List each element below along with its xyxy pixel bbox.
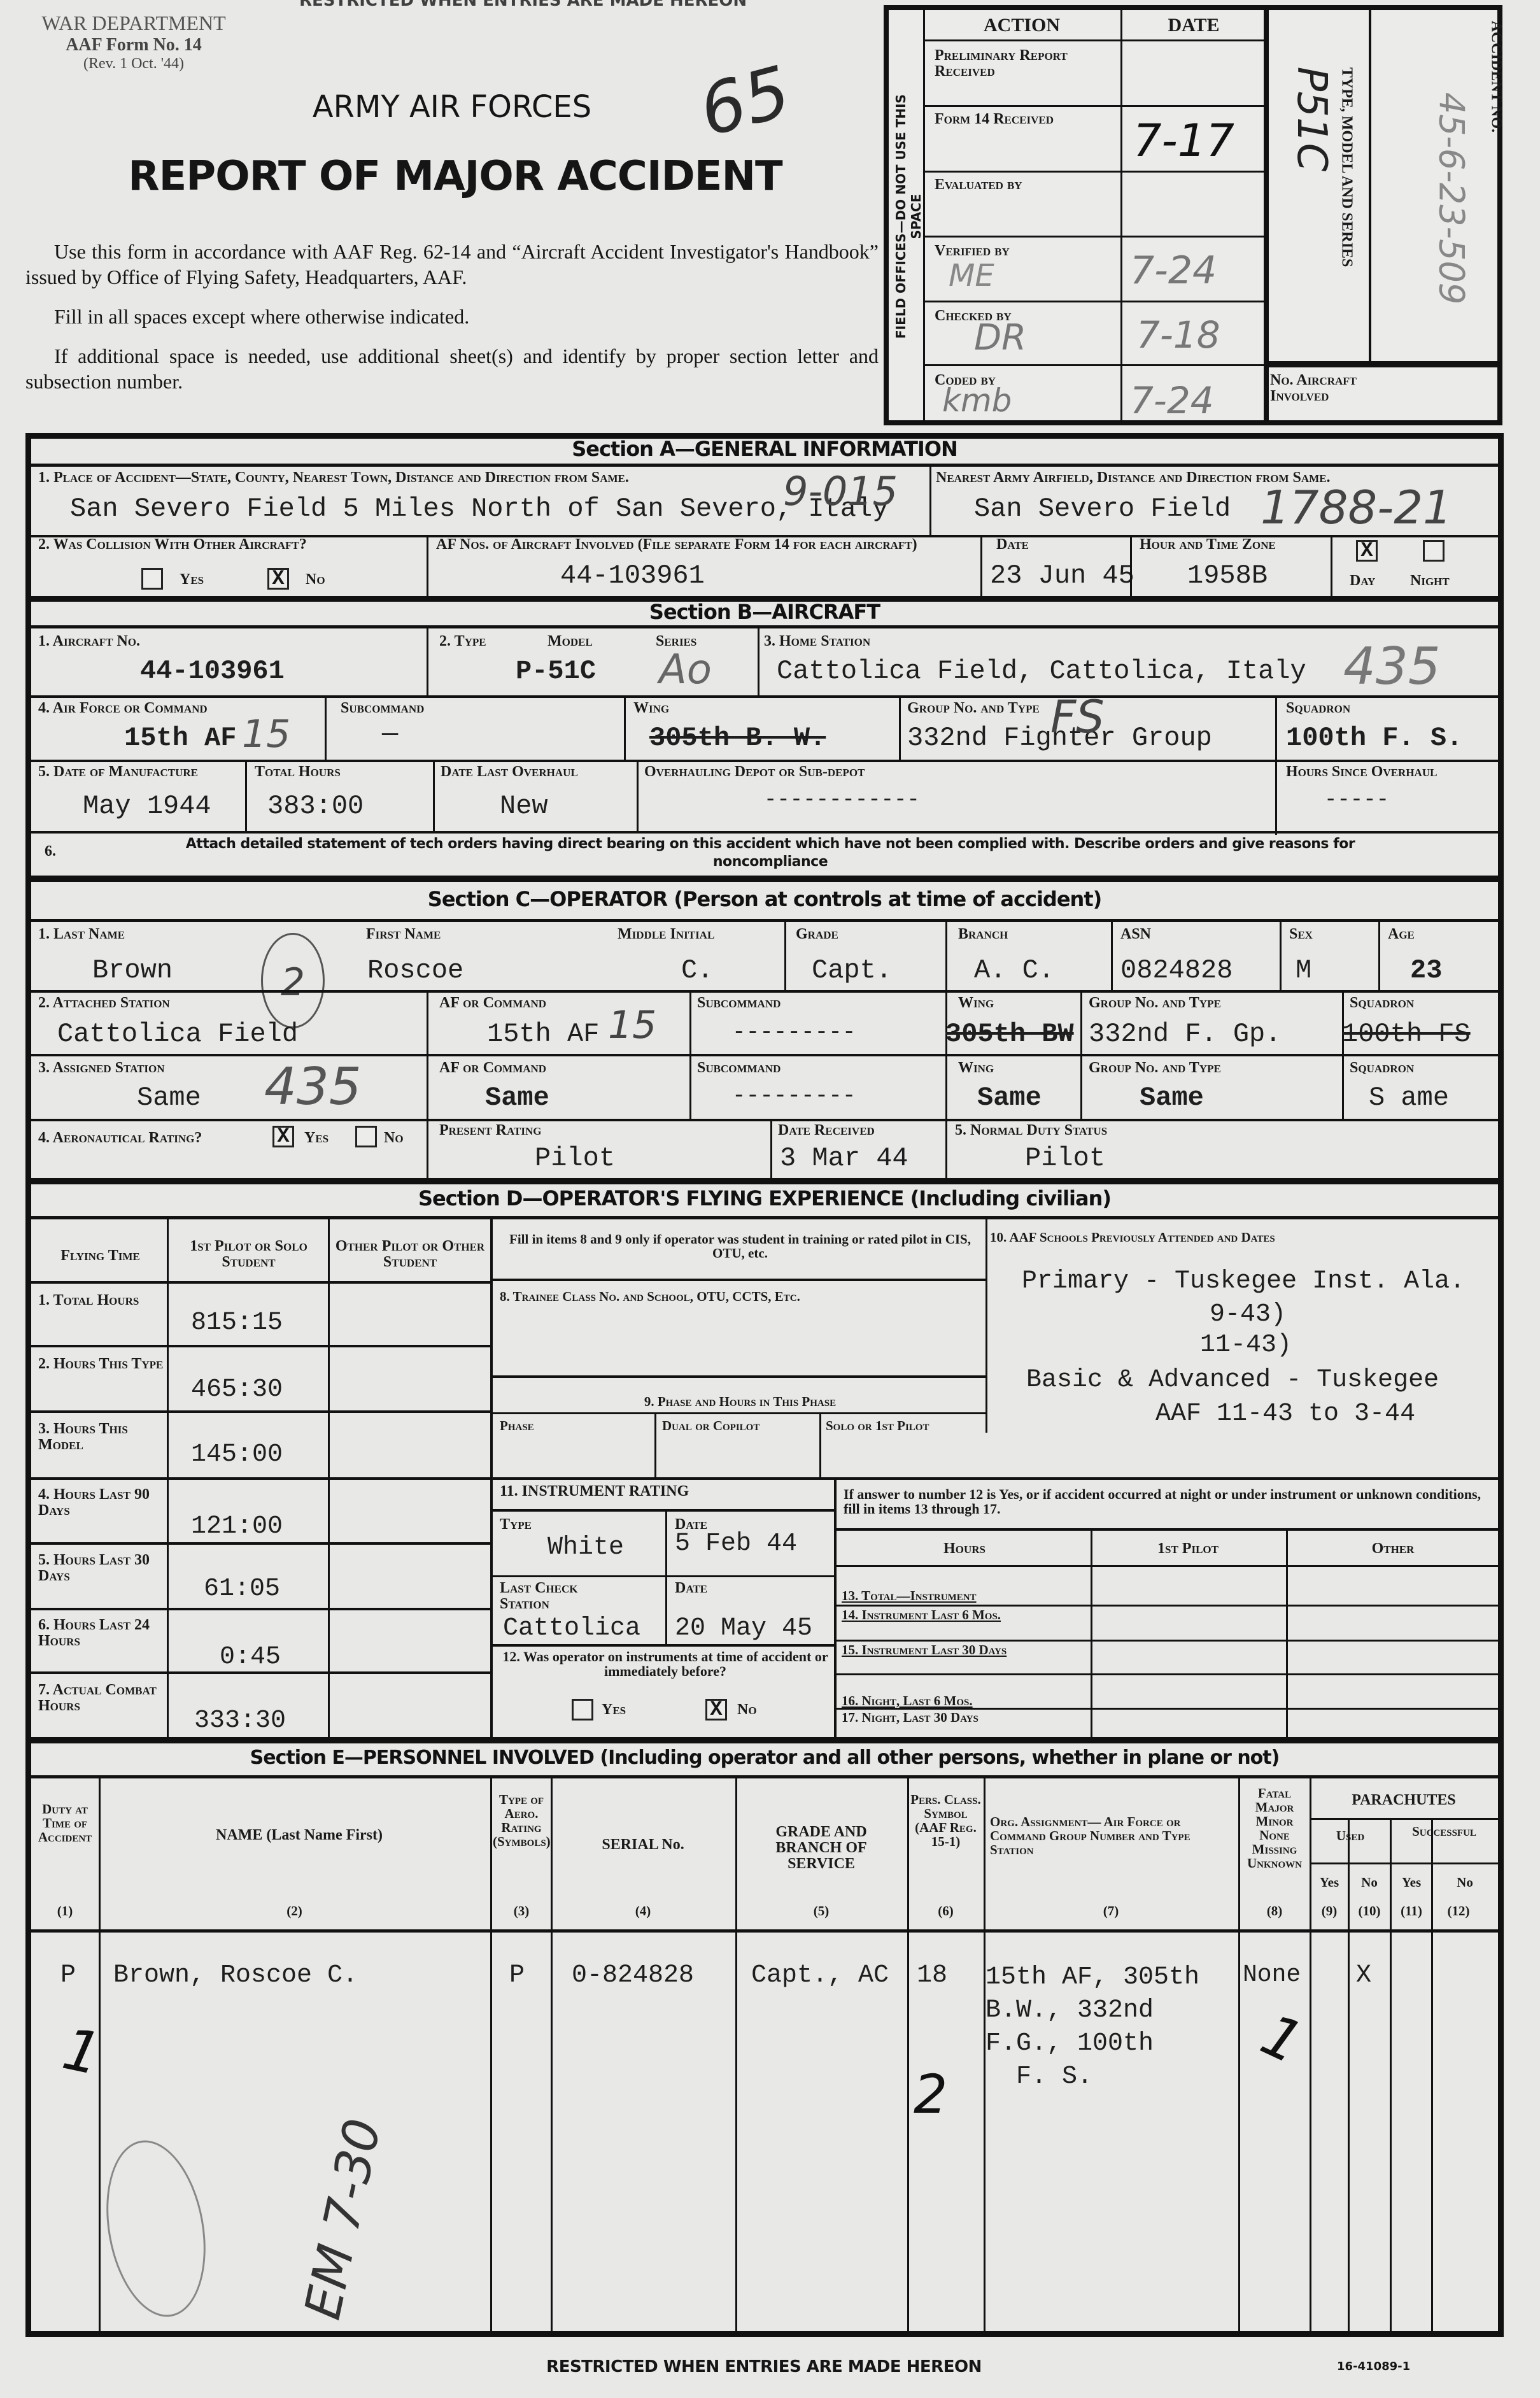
col-pers-class: Pers. Class. Symbol (AAF Reg. 15-1) bbox=[909, 1792, 982, 1848]
place-of-accident-value[interactable]: San Severo Field 5 Miles North of San Se… bbox=[70, 493, 888, 524]
personnel-grade[interactable]: Capt., AC bbox=[751, 1961, 889, 1990]
normal-duty-status-value[interactable]: Pilot bbox=[1025, 1143, 1105, 1174]
asn-label: ASN bbox=[1120, 926, 1151, 942]
instr-row-label: 15. Instrument Last 30 Days bbox=[842, 1643, 1033, 1657]
assigned-station-value[interactable]: Same bbox=[137, 1082, 201, 1113]
af-nos-label: AF Nos. of Aircraft Involved (File separ… bbox=[436, 537, 984, 553]
total-hours-value[interactable]: 383:00 bbox=[267, 791, 364, 821]
manufacture-date-value[interactable]: May 1944 bbox=[83, 791, 211, 821]
rating-no-checkbox[interactable] bbox=[355, 1126, 377, 1147]
instr-row-label: 14. Instrument Last 6 Mos. bbox=[842, 1608, 1033, 1622]
org-title: ARMY AIR FORCES bbox=[242, 89, 662, 125]
present-rating-label: Present Rating bbox=[439, 1123, 542, 1139]
restricted-top-banner: RESTRICTED WHEN ENTRIES ARE MADE HEREON bbox=[299, 0, 910, 10]
grade-label: Grade bbox=[796, 926, 838, 942]
instr-col-first-pilot: 1st Pilot bbox=[1092, 1541, 1283, 1557]
accident-number-label: ACCIDENT NO. bbox=[1488, 21, 1504, 288]
col-duty-num: (1) bbox=[33, 1904, 97, 1918]
last-check-date-label: Date bbox=[675, 1580, 707, 1596]
no-aircraft-involved-label: No. Aircraft Involved bbox=[1270, 372, 1410, 404]
flying-row-label: 6. Hours Last 24 Hours bbox=[38, 1617, 166, 1649]
restricted-footer: RESTRICTED WHEN ENTRIES ARE MADE HEREON bbox=[503, 2357, 1025, 2376]
instructions: Use this form in accordance with AAF Reg… bbox=[25, 239, 879, 394]
attached-wing-value[interactable]: 305th BW bbox=[945, 1019, 1074, 1049]
verified-by-initials[interactable]: ME bbox=[949, 258, 994, 294]
personnel-duty[interactable]: P bbox=[60, 1961, 76, 1990]
attached-af-annotation: 15 bbox=[608, 1003, 656, 1047]
total-hours-label: Total Hours bbox=[255, 764, 341, 780]
col-injury: Fatal Major Minor None Missing Unknown bbox=[1240, 1786, 1309, 1870]
col-aero-rating: Type of Aero. Rating (Symbols) bbox=[493, 1792, 550, 1848]
series-annotation: Ao bbox=[659, 646, 712, 693]
assigned-station-annotation: 435 bbox=[264, 1057, 362, 1116]
last-overhaul-value[interactable]: New bbox=[500, 791, 548, 821]
type-model-series-value[interactable]: P51C bbox=[1288, 55, 1335, 183]
collision-yes-label: Yes bbox=[180, 572, 204, 588]
handwritten-record-number: 65 bbox=[691, 50, 798, 152]
wing-value[interactable]: 305th B. W. bbox=[649, 723, 826, 753]
verified-by-date[interactable]: 7-24 bbox=[1130, 248, 1217, 293]
col-name: NAME (Last Name First) bbox=[210, 1827, 388, 1843]
assigned-squadron-label: Squadron bbox=[1350, 1060, 1414, 1076]
parachute-num: (11) bbox=[1392, 1904, 1431, 1918]
aircraft-no-value[interactable]: 44-103961 bbox=[140, 656, 285, 686]
home-station-value[interactable]: Cattolica Field, Cattolica, Italy bbox=[777, 656, 1306, 686]
attached-squadron-label: Squadron bbox=[1350, 995, 1414, 1011]
middle-initial-value[interactable]: C. bbox=[681, 955, 713, 986]
wing-label: Wing bbox=[633, 700, 669, 716]
accident-date-label: Date bbox=[996, 537, 1029, 553]
war-department-label: WAR DEPARTMENT bbox=[25, 11, 242, 35]
first-name-label: First Name bbox=[366, 926, 441, 942]
action-preliminary-report: Preliminary Report Received bbox=[935, 48, 1075, 80]
col-injury-num: (8) bbox=[1240, 1904, 1309, 1918]
flying-row-first[interactable]: 61:05 bbox=[204, 1575, 280, 1603]
attached-group-value[interactable]: 332nd F. Gp. bbox=[1089, 1019, 1281, 1049]
col-first-pilot: 1st Pilot or Solo Student bbox=[171, 1238, 327, 1270]
age-label: Age bbox=[1388, 926, 1415, 942]
date-received-label: Date Received bbox=[778, 1123, 875, 1139]
accident-number-value[interactable]: 45-6-23-509 bbox=[1432, 39, 1472, 358]
instr-row-label: 16. Night, Last 6 Mos. bbox=[842, 1694, 1090, 1708]
air-force-value[interactable]: 15th AF bbox=[124, 723, 236, 753]
nearest-airfield-value[interactable]: San Severo Field bbox=[974, 493, 1231, 524]
item6-number: 6. bbox=[45, 844, 56, 860]
parachute-num: (10) bbox=[1350, 1904, 1389, 1918]
col-grade-branch-num: (5) bbox=[738, 1904, 904, 1918]
dual-copilot-label: Dual or Copilot bbox=[662, 1419, 759, 1433]
last-check-station-value[interactable]: Cattolica bbox=[503, 1614, 640, 1643]
flying-row-first[interactable]: 121:00 bbox=[191, 1512, 283, 1541]
col-action-header: ACTION bbox=[926, 15, 1117, 36]
flying-row-first[interactable]: 465:30 bbox=[191, 1375, 283, 1404]
collision-label: 2. Was Collision With Other Aircraft? bbox=[38, 537, 307, 553]
collision-yes-checkbox[interactable] bbox=[141, 568, 163, 590]
assigned-wing-value[interactable]: Same bbox=[977, 1082, 1042, 1113]
checked-by-date[interactable]: 7-18 bbox=[1136, 313, 1220, 357]
flying-row-first[interactable]: 0:45 bbox=[220, 1643, 281, 1671]
middle-initial-label: Middle Initial bbox=[618, 926, 714, 942]
form-revision: (Rev. 1 Oct. '44) bbox=[25, 55, 242, 73]
rating-yes-label: Yes bbox=[304, 1130, 328, 1146]
type-label: 2. Type bbox=[439, 634, 486, 649]
col-org-assignment: Org. Assignment— Air Force or Command Gr… bbox=[990, 1815, 1235, 1857]
personnel-para-used-no[interactable]: X bbox=[1356, 1961, 1371, 1990]
item10-line[interactable]: 11-43) bbox=[1200, 1331, 1292, 1359]
manufacture-date-label: 5. Date of Manufacture bbox=[38, 764, 236, 780]
instruments-yes-checkbox[interactable] bbox=[572, 1699, 593, 1720]
personnel-rating[interactable]: P bbox=[509, 1961, 525, 1990]
model-label: Model bbox=[547, 634, 593, 649]
last-check-date-value[interactable]: 20 May 45 bbox=[675, 1614, 812, 1643]
age-value[interactable]: 23 bbox=[1410, 955, 1442, 986]
collision-no-checkbox[interactable]: X bbox=[267, 568, 289, 590]
branch-value[interactable]: A. C. bbox=[974, 955, 1054, 986]
form-identifier: WAR DEPARTMENT AAF Form No. 14 (Rev. 1 O… bbox=[25, 11, 242, 73]
item10-line[interactable]: 9-43) bbox=[1210, 1300, 1286, 1329]
section-e-title: Section E—PERSONNEL INVOLVED (Including … bbox=[31, 1747, 1498, 1769]
air-force-label: 4. Air Force or Command bbox=[38, 700, 208, 716]
parachute-successful-header: Successful bbox=[1392, 1824, 1497, 1838]
item8-label: 8. Trainee Class No. and School, OTU, CC… bbox=[500, 1289, 800, 1303]
nearest-annotation: 1788-21 bbox=[1261, 481, 1452, 534]
flying-row-label: 4. Hours Last 90 Days bbox=[38, 1487, 166, 1519]
instruction-2: Fill in all spaces except where otherwis… bbox=[25, 304, 879, 329]
place-of-accident-label: 1. Place of Accident—State, County, Near… bbox=[38, 470, 629, 486]
last-name-label: 1. Last Name bbox=[38, 926, 125, 942]
handwritten-class-mark: 2 bbox=[914, 2063, 947, 2125]
instruments-no-checkbox[interactable]: X bbox=[705, 1699, 727, 1720]
personnel-serial[interactable]: 0-824828 bbox=[572, 1961, 694, 1990]
item9-label: 9. Phase and Hours in This Phase bbox=[497, 1394, 984, 1408]
form14-received-date[interactable]: 7-17 bbox=[1133, 115, 1234, 167]
office-use-side-label: FIELD OFFICES—DO NOT USE THIS SPACE bbox=[893, 89, 912, 344]
sex-label: Sex bbox=[1289, 926, 1313, 942]
instrument-type-value[interactable]: White bbox=[547, 1533, 624, 1562]
print-code: 16-41089-1 bbox=[1337, 2360, 1410, 2373]
type-model-series-label: TYPE, MODEL AND SERIES bbox=[1338, 2, 1354, 333]
home-station-annotation: 435 bbox=[1343, 637, 1441, 696]
parachute-used-header: Used bbox=[1311, 1829, 1389, 1843]
instruction-1: Use this form in accordance with AAF Reg… bbox=[25, 239, 879, 290]
flying-row-label: 5. Hours Last 30 Days bbox=[38, 1552, 166, 1584]
grade-value[interactable]: Capt. bbox=[812, 955, 892, 986]
col-org-assignment-num: (7) bbox=[987, 1904, 1235, 1918]
subcommand-value[interactable]: — bbox=[382, 718, 398, 749]
first-name-value[interactable]: Roscoe bbox=[367, 955, 463, 986]
col-name-num: (2) bbox=[102, 1904, 487, 1918]
aircraft-no-label: 1. Aircraft No. bbox=[38, 634, 140, 649]
assigned-af-value[interactable]: Same bbox=[485, 1082, 549, 1113]
parachutes-header: PARACHUTES bbox=[1311, 1792, 1496, 1808]
assigned-wing-label: Wing bbox=[958, 1060, 994, 1076]
assigned-af-label: AF or Command bbox=[439, 1060, 546, 1076]
instruments-no-label: No bbox=[737, 1702, 757, 1718]
attached-station-value[interactable]: Cattolica Field bbox=[57, 1019, 298, 1049]
col-aero-rating-num: (3) bbox=[493, 1904, 550, 1918]
sex-value[interactable]: M bbox=[1296, 955, 1311, 986]
assigned-group-value[interactable]: Same bbox=[1140, 1082, 1204, 1113]
page-title: REPORT OF MAJOR ACCIDENT bbox=[95, 153, 815, 200]
home-station-label: 3. Home Station bbox=[764, 634, 870, 649]
form-number: AAF Form No. 14 bbox=[25, 35, 242, 55]
attached-station-label: 2. Attached Station bbox=[38, 995, 170, 1011]
item10-line[interactable]: AAF 11-43 to 3-44 bbox=[1155, 1400, 1415, 1428]
personnel-name[interactable]: Brown, Roscoe C. bbox=[113, 1961, 358, 1990]
instr-row-label: 17. Night, Last 30 Days bbox=[842, 1710, 1033, 1724]
instr-col-hours: Hours bbox=[840, 1541, 1089, 1557]
action-verified-by: Verified by bbox=[935, 243, 1010, 259]
personnel-org[interactable]: 15th AF, 305th B.W., 332nd F.G., 100th F… bbox=[985, 1961, 1199, 2094]
col-date-header: DATE bbox=[1124, 15, 1264, 36]
personnel-class[interactable]: 18 bbox=[917, 1961, 947, 1990]
items13-17-note: If answer to number 12 is Yes, or if acc… bbox=[844, 1487, 1493, 1516]
attached-af-value[interactable]: 15th AF bbox=[487, 1019, 599, 1049]
aeronautical-rating-label: 4. Aeronautical Rating? bbox=[38, 1130, 202, 1146]
parachute-used-yes: Yes bbox=[1311, 1875, 1347, 1889]
group-label: Group No. and Type bbox=[907, 700, 1040, 716]
instrument-type-label: Type bbox=[500, 1517, 532, 1533]
present-rating-value[interactable]: Pilot bbox=[535, 1143, 615, 1174]
attached-subcommand-label: Subcommand bbox=[697, 995, 781, 1011]
date-received-value[interactable]: 3 Mar 44 bbox=[780, 1143, 908, 1174]
attached-squadron-value[interactable]: 100th FS bbox=[1342, 1019, 1471, 1049]
hours-since-overhaul-value[interactable]: ----- bbox=[1324, 788, 1389, 812]
parachute-num: (12) bbox=[1433, 1904, 1484, 1918]
parachute-num: (9) bbox=[1311, 1904, 1347, 1918]
af-nos-value[interactable]: 44-103961 bbox=[560, 560, 705, 591]
item10-line[interactable]: Primary - Tuskegee Inst. Ala. bbox=[1022, 1267, 1465, 1296]
hour-time-zone-value[interactable]: 1958B bbox=[1187, 560, 1268, 591]
checked-by-initials[interactable]: DR bbox=[974, 317, 1026, 358]
last-overhaul-label: Date Last Overhaul bbox=[441, 764, 578, 780]
flying-row-label: 7. Actual Combat Hours bbox=[38, 1682, 166, 1714]
col-grade-branch: GRADE AND BRANCH OF SERVICE bbox=[745, 1824, 898, 1873]
section-b-title: Section B—AIRCRAFT bbox=[31, 600, 1498, 624]
accident-date-value[interactable]: 23 Jun 45 bbox=[990, 560, 1134, 591]
item11-label: 11. INSTRUMENT RATING bbox=[500, 1484, 689, 1500]
normal-duty-status-label: 5. Normal Duty Status bbox=[955, 1123, 1107, 1139]
assigned-group-label: Group No. and Type bbox=[1089, 1060, 1221, 1076]
assigned-subcommand-label: Subcommand bbox=[697, 1060, 781, 1076]
night-checkbox[interactable] bbox=[1423, 540, 1445, 562]
col-other-pilot: Other Pilot or Other Student bbox=[331, 1238, 489, 1270]
instr-row-label: 13. Total—Instrument bbox=[842, 1589, 1090, 1603]
last-name-value[interactable]: Brown bbox=[92, 955, 173, 986]
item10-label: 10. AAF Schools Previously Attended and … bbox=[990, 1230, 1275, 1244]
squadron-label: Squadron bbox=[1286, 700, 1350, 716]
attached-wing-label: Wing bbox=[958, 995, 994, 1011]
parachute-succ-yes: Yes bbox=[1392, 1875, 1431, 1889]
flying-row-label: 2. Hours This Type bbox=[38, 1356, 166, 1372]
day-label: Day bbox=[1350, 573, 1375, 589]
flying-row-first[interactable]: 145:00 bbox=[191, 1440, 283, 1469]
hour-time-zone-label: Hour and Time Zone bbox=[1140, 537, 1276, 553]
air-force-annotation: 15 bbox=[242, 712, 290, 756]
squadron-value[interactable]: 100th F. S. bbox=[1286, 723, 1462, 753]
section-c-title: Section C—OPERATOR (Person at controls a… bbox=[31, 887, 1498, 911]
col-serial-num: (4) bbox=[554, 1904, 732, 1918]
assigned-subcommand-value[interactable]: --------- bbox=[732, 1082, 856, 1109]
group-annotation: FS bbox=[1050, 691, 1105, 743]
solo-first-pilot-label: Solo or 1st Pilot bbox=[826, 1419, 929, 1433]
assigned-squadron-value[interactable]: S ame bbox=[1369, 1082, 1449, 1113]
model-value[interactable]: P-51C bbox=[516, 656, 596, 686]
subcommand-label: Subcommand bbox=[341, 700, 424, 716]
col-pers-class-num: (6) bbox=[909, 1904, 982, 1918]
flying-row-first[interactable]: 815:15 bbox=[191, 1309, 283, 1337]
item6-instructions: Attach detailed statement of tech orders… bbox=[127, 835, 1413, 871]
personnel-injury[interactable]: None bbox=[1243, 1961, 1301, 1989]
attached-af-label: AF or Command bbox=[439, 995, 546, 1011]
hours-since-overhaul-label: Hours Since Overhaul bbox=[1286, 764, 1437, 780]
flying-row-label: 3. Hours This Model bbox=[38, 1421, 166, 1453]
flying-row-first[interactable]: 333:30 bbox=[194, 1706, 286, 1735]
col-flying-time: Flying Time bbox=[35, 1248, 166, 1264]
collision-no-label: No bbox=[306, 572, 325, 588]
item12-label: 12. Was operator on instruments at time … bbox=[500, 1649, 831, 1678]
night-label: Night bbox=[1410, 573, 1450, 589]
parachute-succ-no: No bbox=[1433, 1875, 1497, 1889]
last-check-station-label: Last Check Station bbox=[500, 1580, 614, 1612]
asn-value[interactable]: 0824828 bbox=[1120, 955, 1233, 986]
overhaul-depot-label: Overhauling Depot or Sub-depot bbox=[644, 764, 865, 780]
day-checkbox[interactable]: X bbox=[1356, 540, 1378, 562]
place-annotation: 9-015 bbox=[783, 468, 898, 514]
col-serial: SERIAL No. bbox=[554, 1837, 732, 1853]
rating-no-label: No bbox=[384, 1130, 404, 1146]
assigned-station-label: 3. Assigned Station bbox=[38, 1060, 165, 1076]
last-name-annotation: 2 bbox=[261, 933, 325, 1028]
branch-label: Branch bbox=[958, 926, 1008, 942]
instrument-date-value[interactable]: 5 Feb 44 bbox=[675, 1529, 797, 1558]
parachute-used-no: No bbox=[1350, 1875, 1389, 1889]
phase-label: Phase bbox=[500, 1419, 534, 1433]
attached-subcommand-value[interactable]: --------- bbox=[732, 1019, 856, 1045]
attached-group-label: Group No. and Type bbox=[1089, 995, 1221, 1011]
overhaul-depot-value[interactable]: ------------ bbox=[764, 788, 920, 812]
trainee-note: Fill in items 8 and 9 only if operator w… bbox=[497, 1232, 984, 1260]
item10-line[interactable]: Basic & Advanced - Tuskegee bbox=[1026, 1366, 1439, 1394]
action-evaluated-by: Evaluated by bbox=[935, 177, 1022, 193]
instruments-yes-label: Yes bbox=[602, 1702, 626, 1718]
section-a-title: Section A—GENERAL INFORMATION bbox=[31, 437, 1498, 461]
section-d-title: Section D—OPERATOR'S FLYING EXPERIENCE (… bbox=[31, 1186, 1498, 1210]
coded-by-date[interactable]: 7-24 bbox=[1130, 379, 1214, 422]
action-form14-received: Form 14 Received bbox=[935, 111, 1054, 127]
rating-yes-checkbox[interactable]: X bbox=[272, 1126, 294, 1147]
flying-row-label: 1. Total Hours bbox=[38, 1293, 166, 1309]
instr-col-other: Other bbox=[1288, 1541, 1498, 1557]
instruction-3: If additional space is needed, use addit… bbox=[25, 343, 879, 394]
coded-by-initials[interactable]: kmb bbox=[942, 382, 1012, 419]
col-duty: Duty at Time of Accident bbox=[33, 1802, 97, 1844]
